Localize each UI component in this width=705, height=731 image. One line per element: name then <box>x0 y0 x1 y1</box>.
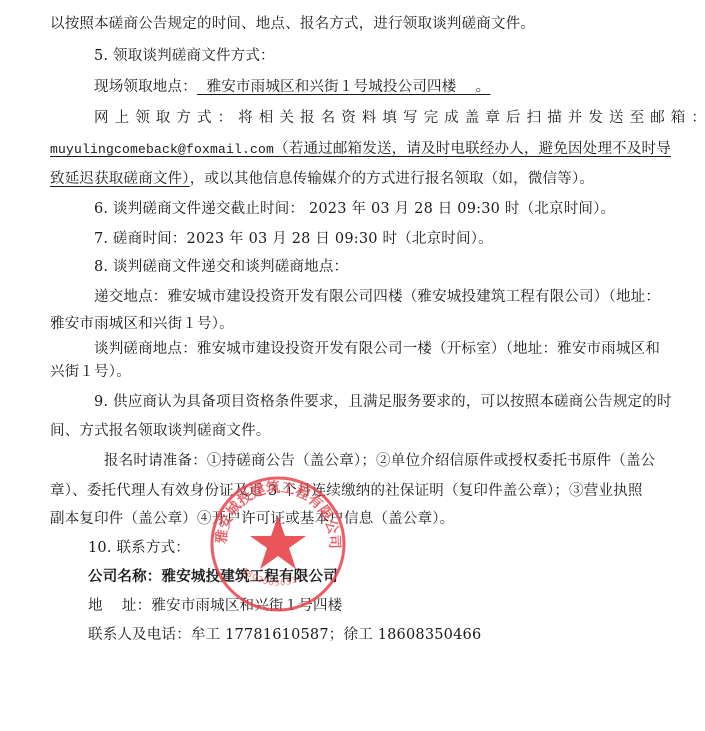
company-address: 地 址：雅安市雨城区和兴街１号四楼 <box>88 596 342 616</box>
online-pickup-line: 网上领取方式：将相关报名资料填写完成盖章后扫描并发送至邮箱： <box>94 108 705 128</box>
section-6-deadline: 6. 谈判磋商文件递交截止时间： 2023 年 03 月 28 日 09:30 … <box>94 199 615 219</box>
section-10-title: 10. 联系方式： <box>88 538 190 558</box>
company-name: 公司名称：雅安城投建筑工程有限公司 <box>88 567 338 587</box>
prep-line-2: 章）、委托代理人有效身份证及近 3 个月连续缴纳的社保证明（复印件盖公章）；③营… <box>50 481 643 501</box>
email-note-after: ，或以其他信息传输媒介的方式进行报名领取（如，微信等）。 <box>190 171 594 187</box>
email-link[interactable]: muyulingcomeback@foxmail.com <box>50 142 274 157</box>
negotiate-location-2: 兴街１号）。 <box>50 362 131 382</box>
onsite-pickup-label: 现场领取地点： <box>94 79 197 95</box>
section-9-line-2: 间、方式报名领取谈判磋商文件。 <box>50 421 271 441</box>
submit-location-2: 雅安市雨城区和兴街１号）。 <box>50 314 234 334</box>
section-8-title: 8. 谈判磋商文件递交和谈判磋商地点： <box>94 257 348 277</box>
email-note-2: 致延迟获取磋商文件） <box>50 171 190 187</box>
section-7-time: 7. 磋商时间：2023 年 03 月 28 日 09:30 时（北京时间）。 <box>94 229 493 249</box>
email-note-row: 致延迟获取磋商文件），或以其他信息传输媒介的方式进行报名领取（如，微信等）。 <box>50 169 594 189</box>
section-9-line-1: 9. 供应商认为具备项目资格条件要求，且满足服务要求的，可以按照本磋商公告规定的… <box>94 392 672 412</box>
email-note-1: （若通过邮箱发送，请及时电联经办人，避免因处理不及时导 <box>274 141 671 157</box>
intro-line: 以按照本磋商公告规定的时间、地点、报名方式，进行领取谈判磋商文件。 <box>50 14 535 34</box>
onsite-pickup-row: 现场领取地点： 雅安市雨城区和兴街１号城投公司四楼 。 <box>94 77 490 97</box>
onsite-pickup-location: 雅安市雨城区和兴街１号城投公司四楼 。 <box>197 79 490 95</box>
email-row: muyulingcomeback@foxmail.com（若通过邮箱发送，请及时… <box>50 139 671 160</box>
contact-phone: 联系人及电话：牟工 17781610587；徐工 18608350466 <box>88 625 481 645</box>
prep-line-1: 报名时请准备：①持磋商公告（盖公章）；②单位介绍信原件或授权委托书原件（盖公 <box>104 451 655 471</box>
section-5-title: 5. 领取谈判磋商文件方式： <box>94 46 275 66</box>
prep-line-3: 副本复印件（盖公章）④开户许可证或基本户信息（盖公章）。 <box>50 509 454 529</box>
submit-location-1: 递交地点：雅安城市建设投资开发有限公司四楼（雅安城投建筑工程有限公司）（地址： <box>94 287 660 307</box>
negotiate-location-1: 谈判磋商地点：雅安城市建设投资开发有限公司一楼（开标室）（地址：雅安市雨城区和 <box>94 339 660 359</box>
